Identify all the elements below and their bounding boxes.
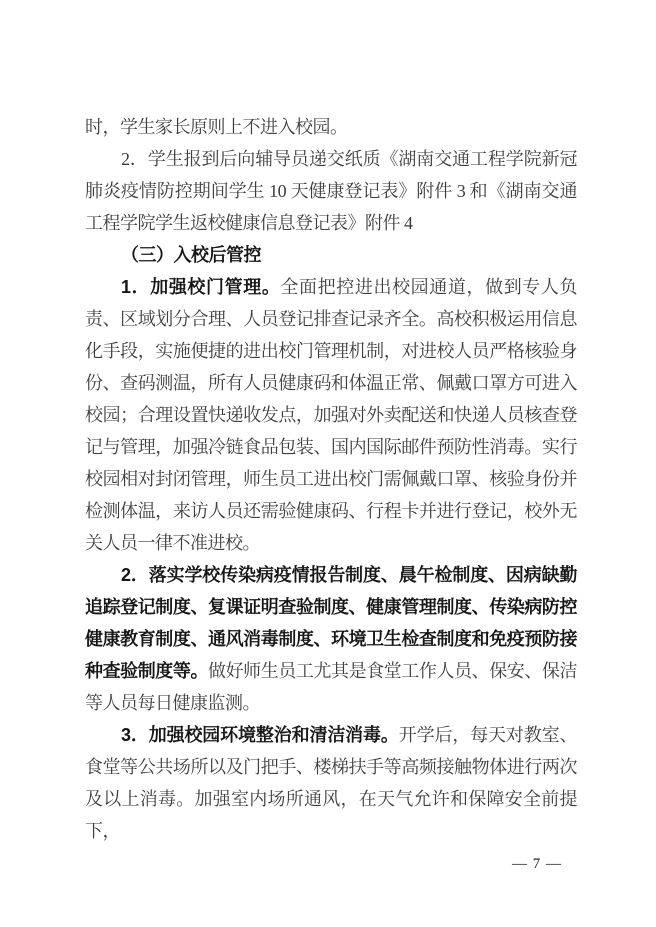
paragraph-item-3-environment-cleaning: 3．加强校园环境整治和清洁消毒。开学后，每天对教室、食堂等公共场所以及门把手、楼… bbox=[85, 719, 577, 847]
text-segment: 全面把控进出校园通道，做到专人负责、区域划分合理、人员登记排查记录齐全。高校积极… bbox=[85, 277, 577, 553]
paragraph-item-1-gate-management: 1．加强校门管理。全面把控进出校园通道，做到专人负责、区域划分合理、人员登记排查… bbox=[85, 271, 577, 559]
text-segment: 2．学生报到后向辅导员递交纸质《湖南交通工程学院新冠肺炎疫情防控期间学生 10 … bbox=[85, 149, 577, 233]
paragraph-section-3-heading: （三）入校后管控 bbox=[85, 239, 577, 271]
document-viewer: { "colors": { "background": "#ffffff", "… bbox=[0, 0, 656, 927]
paragraph-continuation: 时，学生家长原则上不进入校园。 bbox=[85, 111, 577, 143]
document-body: 时，学生家长原则上不进入校园。2．学生报到后向辅导员递交纸质《湖南交通工程学院新… bbox=[85, 111, 577, 847]
bold-text-segment: （三）入校后管控 bbox=[121, 245, 261, 265]
bold-text-segment: 3．加强校园环境整治和清洁消毒。 bbox=[121, 725, 399, 745]
document-page: 时，学生家长原则上不进入校园。2．学生报到后向辅导员递交纸质《湖南交通工程学院新… bbox=[0, 0, 656, 927]
page-number: — 7 — bbox=[512, 856, 562, 873]
paragraph-item-2-registration: 2．学生报到后向辅导员递交纸质《湖南交通工程学院新冠肺炎疫情防控期间学生 10 … bbox=[85, 143, 577, 239]
paragraph-item-2-epidemic-systems: 2．落实学校传染病疫情报告制度、晨午检制度、因病缺勤追踪登记制度、复课证明查验制… bbox=[85, 559, 577, 719]
bold-text-segment: 1．加强校门管理。 bbox=[121, 277, 280, 297]
text-segment: 时，学生家长原则上不进入校园。 bbox=[85, 117, 348, 137]
